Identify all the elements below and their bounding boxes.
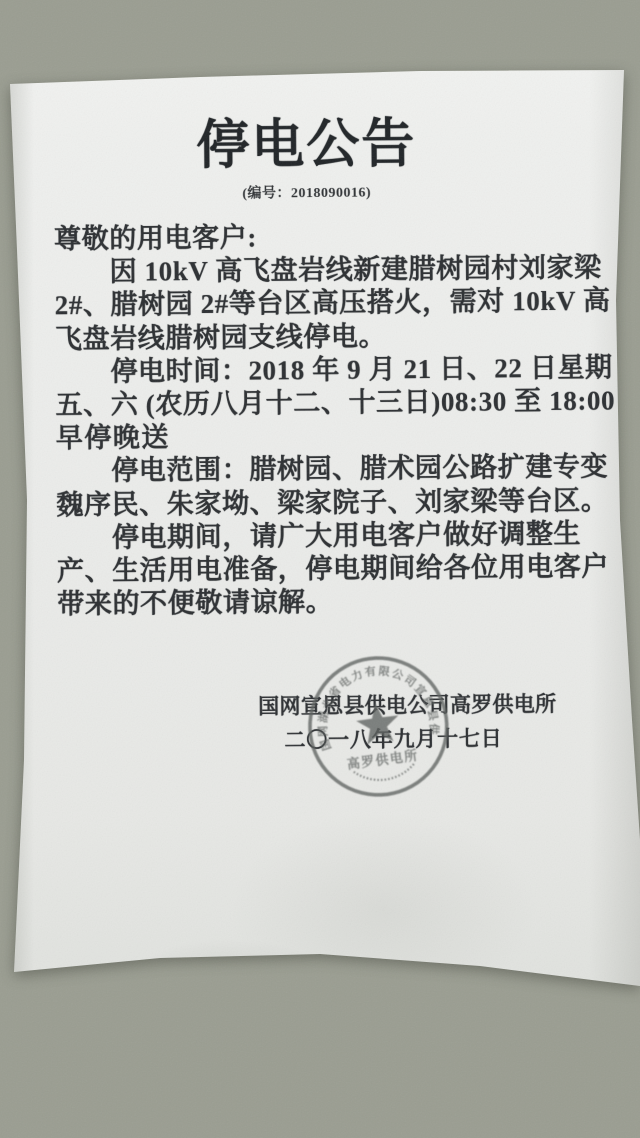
body-line-emphasis: 早停晚送 — [56, 418, 596, 456]
body-line: 魏序民、朱家坳、梁家院子、刘家梁等台区。 — [56, 484, 596, 522]
body-line: 因 10kV 高飞盘岩线新建腊树园村刘家梁 — [54, 252, 594, 290]
stamp-office-text: 高罗供电所 — [346, 748, 419, 772]
notice-paper: 停电公告 (编号：2018090016) 尊敬的用电客户: 因 10kV 高飞盘… — [0, 0, 640, 1138]
photo-frame: 停电公告 (编号：2018090016) 尊敬的用电客户: 因 10kV 高飞盘… — [0, 0, 640, 1138]
star-icon — [354, 700, 401, 746]
body-line: 尊敬的用电客户: — [54, 219, 594, 257]
body-line: 带来的不便敬请谅解。 — [57, 584, 597, 622]
body-line: 2#、腊树园 2#等台区高压搭火，需对 10kV 高 — [55, 285, 595, 323]
body-line: 停电期间，请广大用电客户做好调整生 — [57, 517, 597, 555]
body-line: 五、六 (农历八月十二、十三日)08:30 至 18:00 — [55, 385, 595, 423]
notice-title: 停电公告 — [0, 99, 617, 180]
notice-body: 尊敬的用电客户: 因 10kV 高飞盘岩线新建腊树园村刘家梁 2#、腊树园 2#… — [54, 219, 597, 622]
body-line: 停电时间：2018 年 9 月 21 日、22 日星期 — [55, 351, 595, 389]
body-line: 产、生活用电准备，停电期间给各位用电客户 — [57, 551, 597, 589]
notice-content: 停电公告 (编号：2018090016) 尊敬的用电客户: 因 10kV 高飞盘… — [0, 0, 640, 1138]
body-line: 飞盘岩线腊树园支线停电。 — [55, 318, 595, 356]
notice-serial-number: (编号：2018090016) — [0, 179, 617, 204]
paper-shadow-wrap: 停电公告 (编号：2018090016) 尊敬的用电客户: 因 10kV 高飞盘… — [0, 0, 640, 1138]
official-stamp-seal: 国网湖北省电力有限公司宣恩县供电公司 高罗供电所 — [298, 646, 460, 808]
body-line: 停电范围：腊树园、腊术园公路扩建专变 — [56, 451, 596, 489]
